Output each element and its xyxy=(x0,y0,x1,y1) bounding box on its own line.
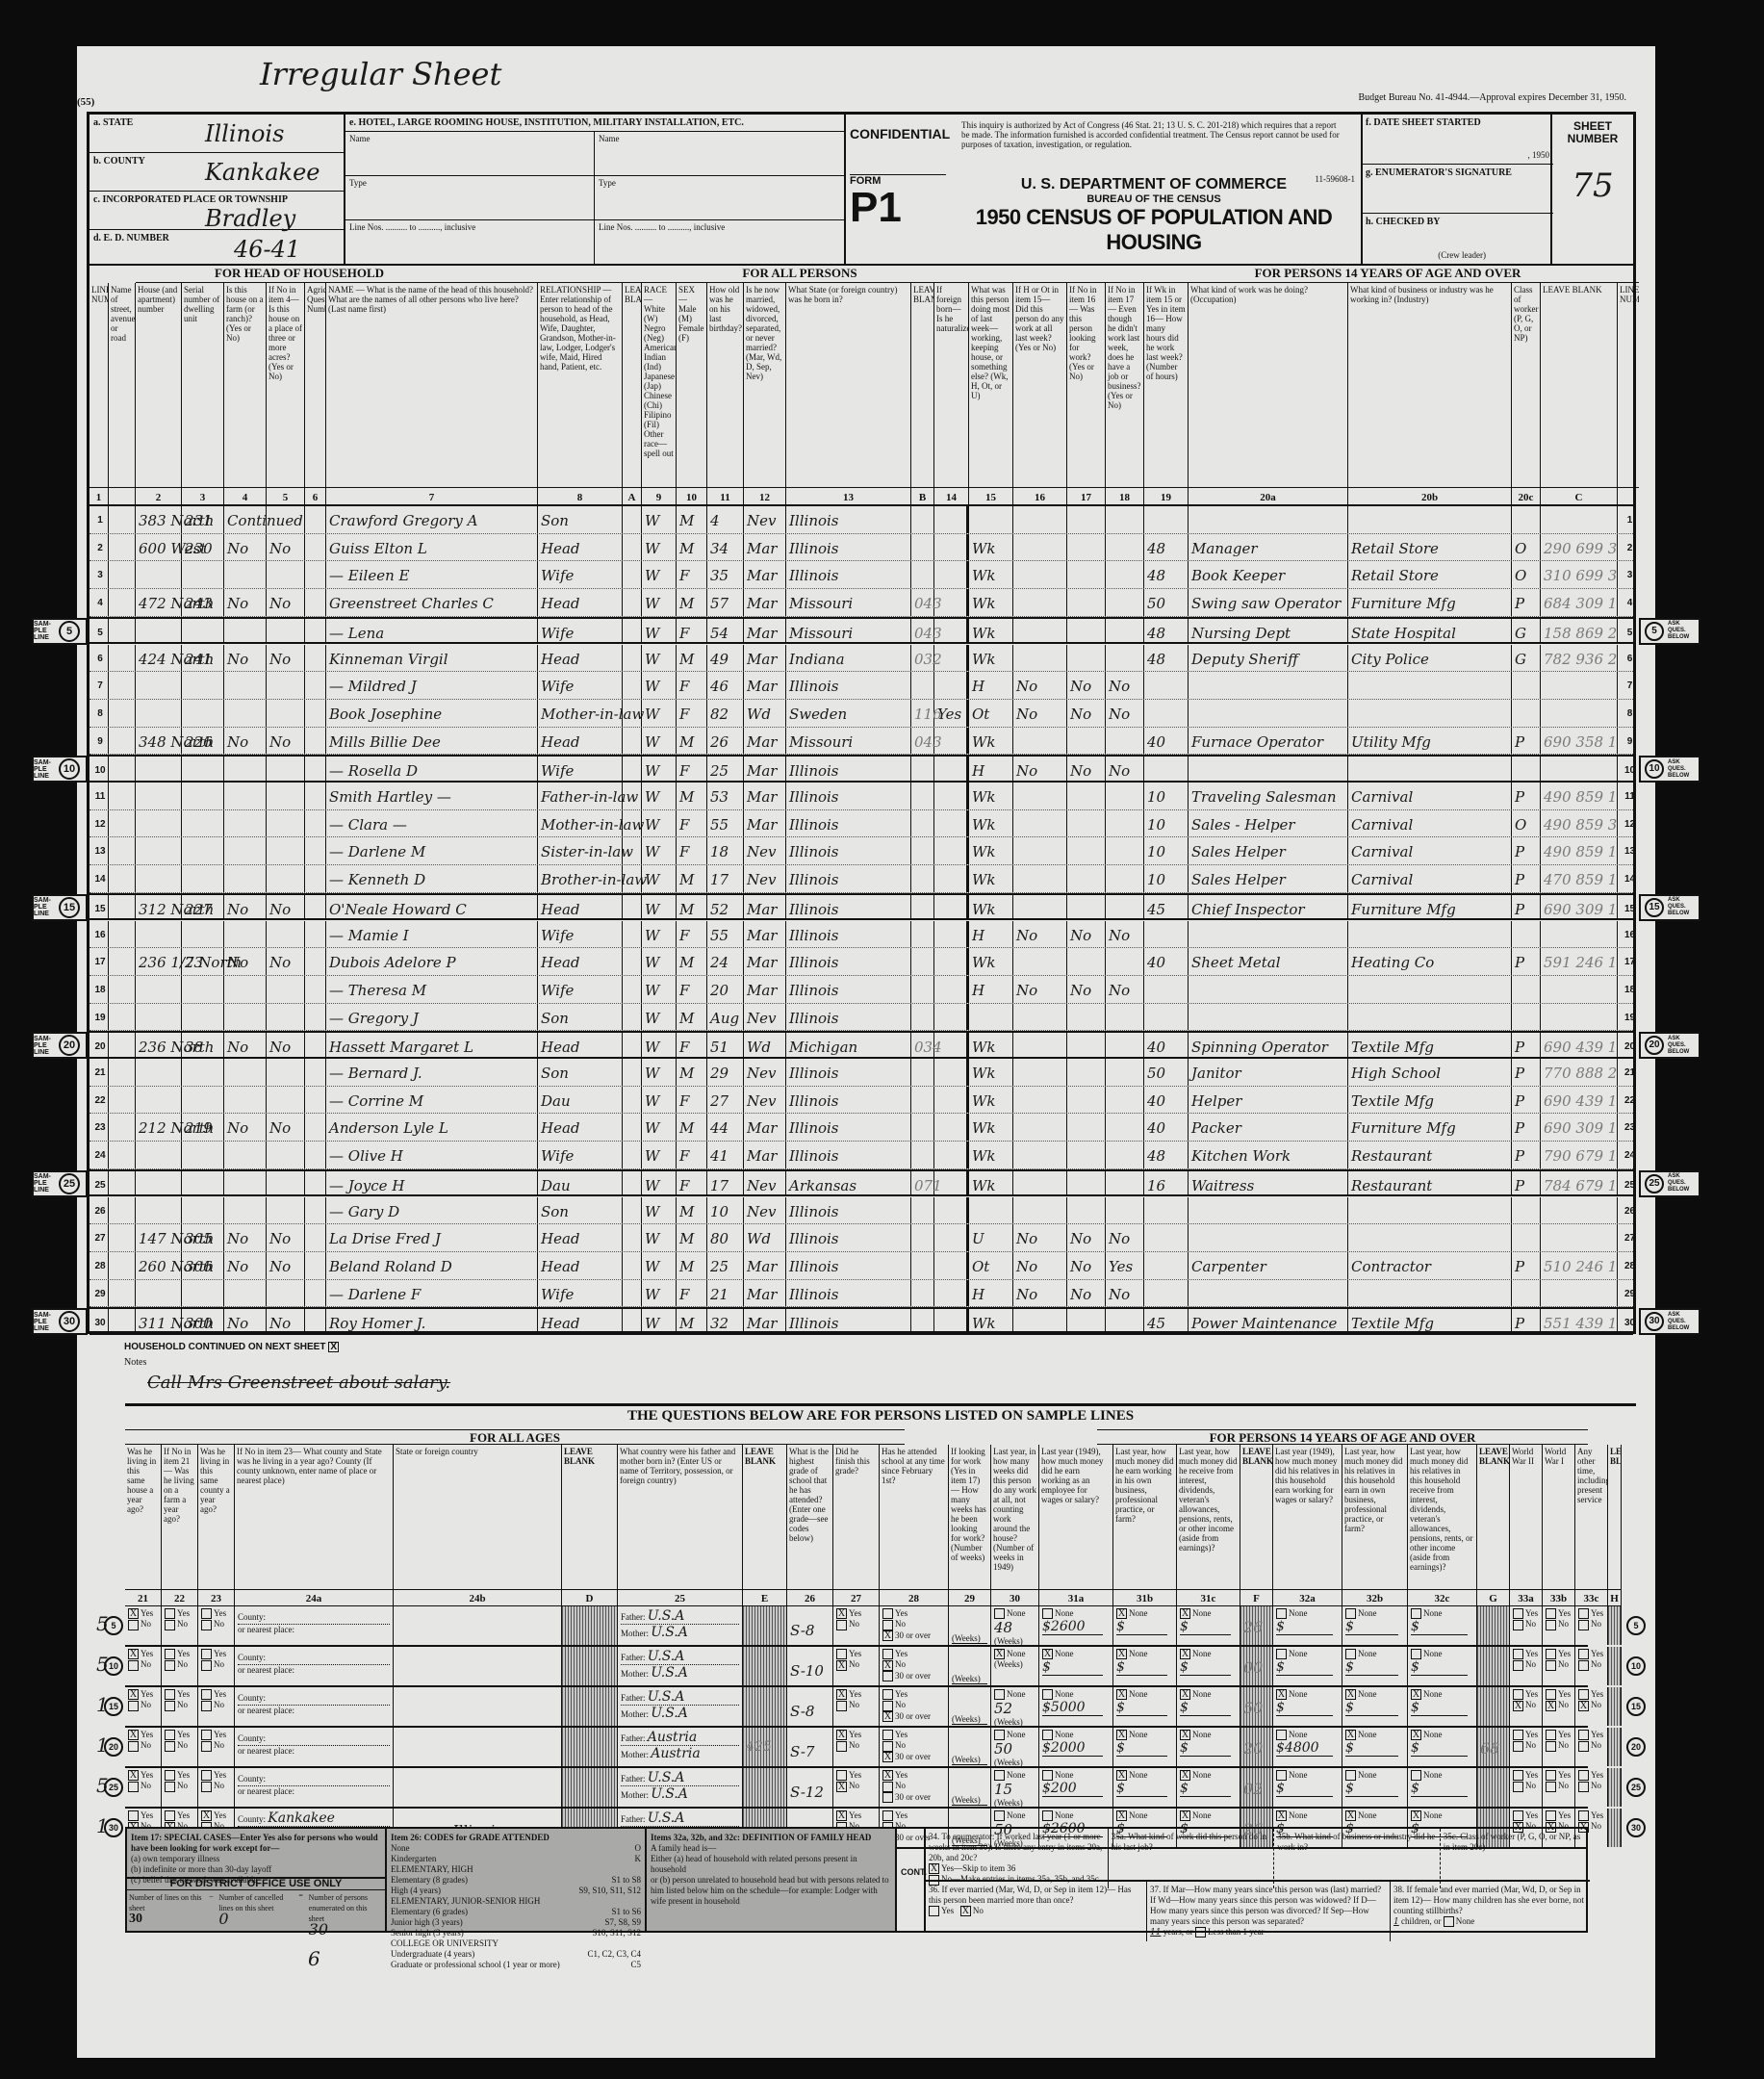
cell-marital: Mar xyxy=(744,783,786,809)
col-leave-b: LEAVE BLANK xyxy=(911,283,934,487)
none-checkbox[interactable] xyxy=(1345,1649,1356,1659)
cell-birthplace: Indiana xyxy=(786,645,911,672)
yes-checkbox[interactable] xyxy=(201,1649,212,1659)
no-checkbox[interactable] xyxy=(165,1660,175,1671)
cell-street xyxy=(109,1224,136,1251)
cell-race: W xyxy=(642,589,677,616)
cell-street xyxy=(109,757,136,781)
cell-line: 15 xyxy=(1618,895,1639,919)
cell-line: 10 xyxy=(89,757,109,781)
cell-blank xyxy=(623,1280,642,1307)
none-checkbox[interactable] xyxy=(1042,1770,1053,1781)
sample-cell: None$ xyxy=(1408,1606,1477,1645)
no-checkbox[interactable] xyxy=(1546,1782,1556,1792)
yes-checkbox[interactable]: X xyxy=(836,1810,847,1821)
cell-hours: 40 xyxy=(1144,728,1189,755)
department-title: U. S. DEPARTMENT OF COMMERCE BUREAU OF T… xyxy=(952,176,1356,255)
no-checkbox[interactable]: X xyxy=(836,1782,847,1792)
attended-30-checkbox[interactable]: X xyxy=(882,1752,893,1762)
yes-checkbox[interactable]: X xyxy=(128,1770,139,1781)
yes-checkbox[interactable] xyxy=(1513,1689,1523,1700)
no-checkbox[interactable] xyxy=(128,1620,139,1630)
no-checkbox[interactable] xyxy=(128,1701,139,1711)
cell-marital: Wd xyxy=(744,1033,786,1057)
cell-blank xyxy=(305,1004,326,1031)
none-checkbox[interactable] xyxy=(1276,1730,1287,1740)
yes-checkbox[interactable] xyxy=(1513,1770,1523,1781)
cell-b xyxy=(911,1004,934,1031)
yes-checkbox[interactable]: X xyxy=(128,1730,139,1740)
col-street: Name of street, avenue, or road xyxy=(109,283,136,487)
yes-checkbox[interactable] xyxy=(1546,1608,1556,1619)
yes-checkbox[interactable] xyxy=(165,1608,175,1619)
weeks-none-checkbox[interactable] xyxy=(994,1608,1005,1619)
none-checkbox[interactable]: X xyxy=(1411,1810,1421,1821)
none-checkbox[interactable] xyxy=(1345,1608,1356,1619)
cell-house: 348 North xyxy=(136,728,182,755)
none-checkbox[interactable] xyxy=(1411,1608,1421,1619)
yes-checkbox[interactable] xyxy=(165,1689,175,1700)
cell-name: — Rosella D xyxy=(326,757,538,781)
none-checkbox[interactable] xyxy=(1042,1608,1053,1619)
cell-line: 6 xyxy=(1618,645,1639,672)
cell-street xyxy=(109,865,136,892)
none-checkbox[interactable]: X xyxy=(1180,1770,1190,1781)
col-serial: Serial number of dwelling unit xyxy=(182,283,224,487)
table-row: 6424 North241NoNoKinneman VirgilHeadWM49… xyxy=(89,645,1633,673)
no-checkbox[interactable] xyxy=(165,1782,175,1792)
cell-activity: Wk xyxy=(969,837,1013,864)
none-checkbox[interactable]: X xyxy=(1345,1810,1356,1821)
none-checkbox[interactable]: X xyxy=(1180,1730,1190,1740)
none-checkbox[interactable]: X xyxy=(1116,1608,1127,1619)
sample-cell: YesNo xyxy=(1543,1768,1575,1807)
attended-yes-checkbox[interactable] xyxy=(882,1649,893,1659)
cell-occupation: Swing saw Operator xyxy=(1189,589,1348,616)
weeks-none-checkbox[interactable]: X xyxy=(994,1649,1005,1659)
sheet-header: a. STATE Illinois b. COUNTY Kankakee c. … xyxy=(87,112,1636,266)
cell-q16 xyxy=(1013,589,1067,616)
none-checkbox[interactable]: X xyxy=(1042,1649,1053,1659)
no-checkbox[interactable] xyxy=(201,1620,212,1630)
yes-checkbox[interactable]: X xyxy=(128,1649,139,1659)
yes-checkbox[interactable] xyxy=(1546,1649,1556,1659)
table-row: 3— Eileen EWifeWF35MarIllinoisWk48Book K… xyxy=(89,561,1633,589)
cell-acres xyxy=(267,976,305,1003)
cell-q17 xyxy=(1067,865,1106,892)
cell-age: 29 xyxy=(707,1059,744,1086)
no-checkbox[interactable] xyxy=(1578,1741,1589,1752)
district-office-box: FOR DISTRICT OFFICE USE ONLY Number of l… xyxy=(127,1877,385,1935)
cell-blank xyxy=(305,589,326,616)
cell-sex: M xyxy=(677,948,707,975)
grade-code-item: ELEMENTARY, JUNIOR-SENIOR HIGH xyxy=(391,1896,641,1907)
cell-name: Mills Billie Dee xyxy=(326,728,538,755)
cell-line: 23 xyxy=(89,1114,109,1141)
attended-no-checkbox[interactable] xyxy=(882,1741,893,1752)
yes-checkbox[interactable]: X xyxy=(201,1810,212,1821)
cell-farm xyxy=(224,619,267,643)
cell-house: 212 North xyxy=(136,1114,182,1141)
cell-q18 xyxy=(1106,1309,1144,1333)
sample-cell: 20 xyxy=(1240,1728,1273,1766)
cell-nat xyxy=(934,1004,969,1031)
yes-checkbox[interactable]: X xyxy=(128,1608,139,1619)
yes-checkbox[interactable] xyxy=(1546,1810,1556,1821)
cell-race: W xyxy=(642,672,677,699)
cell-blank xyxy=(623,783,642,809)
cell-q16 xyxy=(1013,948,1067,975)
cell-race: W xyxy=(642,645,677,672)
cell-line: 25 xyxy=(1618,1171,1639,1195)
colnum: A xyxy=(623,487,642,506)
none-checkbox[interactable]: X xyxy=(1116,1810,1127,1821)
attended-30-checkbox[interactable]: X xyxy=(882,1630,893,1641)
cell-q16 xyxy=(1013,1309,1067,1333)
cell-q18 xyxy=(1106,619,1144,643)
cell-name: — Clara — xyxy=(326,810,538,837)
sample-cell: County: or nearest place: xyxy=(235,1768,394,1807)
cell-acres xyxy=(267,506,305,533)
none-checkbox[interactable]: X xyxy=(1116,1730,1127,1740)
yes-checkbox[interactable] xyxy=(1546,1770,1556,1781)
no-checkbox[interactable]: X xyxy=(1513,1701,1523,1711)
confidential-label: CONFIDENTIAL xyxy=(850,126,950,141)
yes-checkbox[interactable] xyxy=(201,1730,212,1740)
q36-yes-checkbox[interactable] xyxy=(929,1906,939,1916)
yes-checkbox[interactable] xyxy=(165,1649,175,1659)
cell-b xyxy=(911,561,934,588)
none-checkbox[interactable]: X xyxy=(1180,1810,1190,1821)
cell-activity: H xyxy=(969,1280,1013,1307)
cell-nat xyxy=(934,589,969,616)
cell-house xyxy=(136,865,182,892)
cell-nat xyxy=(934,1280,969,1307)
attended-yes-checkbox[interactable] xyxy=(882,1810,893,1821)
cell-rel: Head xyxy=(538,948,623,975)
yes-checkbox[interactable] xyxy=(1578,1649,1589,1659)
form-title-block: CONFIDENTIAL This inquiry is authorized … xyxy=(846,115,1361,264)
none-checkbox[interactable] xyxy=(1345,1770,1356,1781)
none-checkbox[interactable]: X xyxy=(1345,1730,1356,1740)
attended-30-checkbox[interactable] xyxy=(882,1792,893,1803)
yes-checkbox[interactable] xyxy=(1513,1810,1523,1821)
no-checkbox[interactable] xyxy=(128,1741,139,1752)
q37-less-checkbox[interactable] xyxy=(1195,1927,1206,1938)
col-class: Class of worker (P, G, O, or NP) xyxy=(1512,283,1541,487)
no-checkbox[interactable] xyxy=(201,1782,212,1792)
cell-line: 5 xyxy=(1618,619,1639,643)
attended-30-checkbox[interactable]: X xyxy=(882,1711,893,1722)
lower-col-number: 24a xyxy=(235,1589,394,1606)
sample-cell: XNone$ xyxy=(1342,1687,1408,1726)
colnum: 12 xyxy=(744,487,786,506)
none-checkbox[interactable] xyxy=(1042,1689,1053,1700)
cell-hours: 40 xyxy=(1144,1087,1189,1114)
none-checkbox[interactable] xyxy=(1276,1649,1287,1659)
cell-nat xyxy=(934,1142,969,1168)
colnum: 10 xyxy=(677,487,707,506)
cell-serial: 306 xyxy=(182,1252,224,1279)
no-checkbox[interactable] xyxy=(836,1620,847,1630)
place-value: Bradley xyxy=(205,205,295,232)
cell-birthplace: Illinois xyxy=(786,757,911,781)
no-checkbox[interactable] xyxy=(201,1741,212,1752)
cell-line: 20 xyxy=(1618,1033,1639,1057)
weeks-none-checkbox[interactable] xyxy=(994,1810,1005,1821)
cell-line: 12 xyxy=(89,810,109,837)
no-checkbox[interactable] xyxy=(1546,1660,1556,1671)
lower-col-header: Last year, how much money did he earn wo… xyxy=(1113,1445,1177,1589)
none-checkbox[interactable]: X xyxy=(1276,1810,1287,1821)
no-checkbox[interactable] xyxy=(1546,1741,1556,1752)
no-checkbox[interactable] xyxy=(165,1701,175,1711)
yes-checkbox[interactable] xyxy=(128,1810,139,1821)
yes-checkbox[interactable] xyxy=(165,1810,175,1821)
cell-farm: No xyxy=(224,728,267,755)
yes-checkbox[interactable] xyxy=(1578,1730,1589,1740)
cell-farm: No xyxy=(224,1309,267,1333)
no-checkbox[interactable] xyxy=(836,1741,847,1752)
no-checkbox[interactable] xyxy=(165,1620,175,1630)
none-checkbox[interactable] xyxy=(1042,1810,1053,1821)
no-checkbox[interactable] xyxy=(201,1701,212,1711)
none-checkbox[interactable]: X xyxy=(1180,1649,1190,1659)
lower-col-header: World War II xyxy=(1510,1445,1543,1589)
yes-checkbox[interactable] xyxy=(1578,1810,1589,1821)
cell-activity: Wk xyxy=(969,895,1013,919)
attended-30-checkbox[interactable] xyxy=(882,1671,893,1681)
cell-birthplace: Illinois xyxy=(786,1059,911,1086)
cell-house xyxy=(136,700,182,727)
q36-no-checkbox[interactable]: X xyxy=(960,1906,971,1916)
yes-checkbox[interactable] xyxy=(836,1770,847,1781)
cell-occupation: Chief Inspector xyxy=(1189,895,1348,919)
weeks-none-checkbox[interactable] xyxy=(994,1730,1005,1740)
cell-codes: 690 358 1 xyxy=(1541,728,1618,755)
cell-class xyxy=(1512,1197,1541,1224)
cell-q16: No xyxy=(1013,1224,1067,1251)
cell-line: 9 xyxy=(89,728,109,755)
cell-line: 21 xyxy=(1618,1059,1639,1086)
yes-checkbox[interactable] xyxy=(1546,1730,1556,1740)
yes-checkbox[interactable]: X xyxy=(836,1689,847,1700)
none-checkbox[interactable]: X xyxy=(1276,1689,1287,1700)
lower-col-header: LEAVE BLANK xyxy=(1608,1445,1622,1589)
none-checkbox[interactable] xyxy=(1411,1649,1421,1659)
yes-checkbox[interactable] xyxy=(201,1689,212,1700)
cell-birthplace: Illinois xyxy=(786,1197,911,1224)
cell-street xyxy=(109,1309,136,1333)
none-checkbox[interactable]: X xyxy=(1116,1649,1127,1659)
cell-class xyxy=(1512,976,1541,1003)
yes-checkbox[interactable] xyxy=(165,1730,175,1740)
yes-checkbox[interactable] xyxy=(201,1770,212,1781)
no-checkbox[interactable] xyxy=(1578,1620,1589,1630)
cell-blank xyxy=(623,1197,642,1224)
no-checkbox[interactable] xyxy=(1513,1620,1523,1630)
cell-b xyxy=(911,506,934,533)
yes-checkbox[interactable] xyxy=(1513,1730,1523,1740)
no-checkbox[interactable] xyxy=(1513,1660,1523,1671)
no-checkbox[interactable]: X xyxy=(1546,1701,1556,1711)
attended-no-checkbox[interactable]: X xyxy=(882,1660,893,1671)
cell-marital: Mar xyxy=(744,534,786,561)
cell-hours: 10 xyxy=(1144,865,1189,892)
household-continued-checkbox[interactable]: X xyxy=(328,1342,339,1352)
cell-occupation: Sales Helper xyxy=(1189,837,1348,864)
cell-acres xyxy=(267,757,305,781)
cell-q18 xyxy=(1106,728,1144,755)
sample-cell: XYesNo xyxy=(125,1687,162,1726)
no-checkbox[interactable] xyxy=(1513,1741,1523,1752)
none-checkbox[interactable]: X xyxy=(1345,1689,1356,1700)
none-checkbox[interactable]: X xyxy=(1116,1689,1127,1700)
table-row: 22— Corrine MDauWF27NevIllinoisWk40Helpe… xyxy=(89,1087,1633,1115)
cell-q17: No xyxy=(1067,1224,1106,1251)
lower-col-header: Last year (1949), how much money did his… xyxy=(1273,1445,1342,1589)
weeks-none-checkbox[interactable] xyxy=(994,1689,1005,1700)
no-checkbox[interactable] xyxy=(1513,1782,1523,1792)
no-checkbox[interactable] xyxy=(836,1701,847,1711)
lower-col-number: F xyxy=(1240,1589,1273,1606)
cell-hours xyxy=(1144,1004,1189,1031)
cell-serial: 219 xyxy=(182,1114,224,1141)
cell-birthplace: Illinois xyxy=(786,1004,911,1031)
yes-checkbox[interactable]: X xyxy=(836,1730,847,1740)
no-checkbox[interactable] xyxy=(1578,1660,1589,1671)
sample-cell: 02 xyxy=(1240,1768,1273,1807)
q38-none-checkbox[interactable] xyxy=(1444,1916,1454,1927)
grade-code-item: Junior high (3 years)S7, S8, S9 xyxy=(391,1917,641,1928)
colnum: 8 xyxy=(538,487,623,506)
no-checkbox[interactable] xyxy=(1546,1620,1556,1630)
yes-checkbox[interactable] xyxy=(1578,1770,1589,1781)
cell-age: 82 xyxy=(707,700,744,727)
yes-checkbox[interactable]: X xyxy=(128,1689,139,1700)
no-checkbox[interactable] xyxy=(128,1782,139,1792)
sample-cell: 00 xyxy=(1240,1647,1273,1685)
cell-serial xyxy=(182,837,224,864)
yes-checkbox[interactable]: X xyxy=(836,1608,847,1619)
yes-checkbox[interactable] xyxy=(1578,1608,1589,1619)
cell-rel: Head xyxy=(538,1033,623,1057)
place-field: c. INCORPORATED PLACE OR TOWNSHIP Bradle… xyxy=(89,192,344,230)
attended-yes-checkbox[interactable]: X xyxy=(882,1770,893,1781)
no-checkbox[interactable]: X xyxy=(836,1660,847,1671)
sample-cell xyxy=(562,1687,618,1726)
cell-b xyxy=(911,1142,934,1168)
yes-checkbox[interactable] xyxy=(1513,1608,1523,1619)
cell-industry: Textile Mfg xyxy=(1348,1033,1512,1057)
yes-checkbox[interactable] xyxy=(165,1770,175,1781)
weeks-none-checkbox[interactable] xyxy=(994,1770,1005,1781)
none-checkbox[interactable]: X xyxy=(1411,1730,1421,1740)
cell-q18 xyxy=(1106,865,1144,892)
cell-sex: F xyxy=(677,672,707,699)
cell-birthplace: Illinois xyxy=(786,921,911,948)
cell-marital: Mar xyxy=(744,948,786,975)
attended-yes-checkbox[interactable] xyxy=(882,1730,893,1740)
attended-no-checkbox[interactable] xyxy=(882,1620,893,1630)
cell-race: W xyxy=(642,1309,677,1333)
cell-occupation xyxy=(1189,506,1348,533)
no-checkbox[interactable] xyxy=(1578,1782,1589,1792)
sample-cell xyxy=(562,1768,618,1807)
none-checkbox[interactable] xyxy=(1042,1730,1053,1740)
cell-birthplace: Illinois xyxy=(786,561,911,588)
cell-house: 260 North xyxy=(136,1252,182,1279)
family-head-box: Items 32a, 32b, and 32c: DEFINITION OF F… xyxy=(647,1829,897,1931)
no-checkbox[interactable]: X xyxy=(1578,1701,1589,1711)
attended-no-checkbox[interactable] xyxy=(882,1701,893,1711)
sample-cell: YesNoX30 or over xyxy=(880,1606,949,1645)
no-checkbox[interactable] xyxy=(201,1660,212,1671)
cell-q16 xyxy=(1013,534,1067,561)
col-farm: Is this house on a farm (or ranch)? (Yes… xyxy=(224,283,267,487)
none-checkbox[interactable]: X xyxy=(1180,1689,1190,1700)
cell-nat xyxy=(934,783,969,809)
q34-yes-checkbox[interactable]: X xyxy=(929,1863,939,1874)
sample-cell: None$ xyxy=(1273,1647,1342,1685)
none-checkbox[interactable]: X xyxy=(1411,1689,1421,1700)
cell-age: 55 xyxy=(707,921,744,948)
cell-q17 xyxy=(1067,1142,1106,1168)
yes-checkbox[interactable] xyxy=(201,1608,212,1619)
cell-codes: 490 859 3 xyxy=(1541,810,1618,837)
none-checkbox[interactable]: X xyxy=(1116,1770,1127,1781)
lower-col-header: LEAVE BLANK xyxy=(1477,1445,1510,1589)
none-checkbox[interactable]: X xyxy=(1180,1608,1190,1619)
cell-blank xyxy=(305,865,326,892)
lower-col-number: H xyxy=(1608,1589,1622,1606)
cell-house xyxy=(136,1197,182,1224)
lower-col-header: Last year, how much money did he receive… xyxy=(1177,1445,1240,1589)
attended-no-checkbox[interactable] xyxy=(882,1782,893,1792)
none-checkbox[interactable] xyxy=(1411,1770,1421,1781)
cell-nat xyxy=(934,757,969,781)
inst-lines-1: Line Nos. .......... to .........., incl… xyxy=(345,220,595,264)
none-checkbox[interactable] xyxy=(1276,1770,1287,1781)
cell-serial xyxy=(182,672,224,699)
cell-sex: M xyxy=(677,865,707,892)
yes-checkbox[interactable] xyxy=(1513,1649,1523,1659)
attended-yes-checkbox[interactable] xyxy=(882,1689,893,1700)
cell-occupation xyxy=(1189,1224,1348,1251)
cell-activity: Wk xyxy=(969,1114,1013,1141)
cell-farm xyxy=(224,1197,267,1224)
cell-farm: No xyxy=(224,1252,267,1279)
cell-age: 27 xyxy=(707,1087,744,1114)
yes-checkbox[interactable] xyxy=(836,1649,847,1659)
cell-codes: 782 936 2 xyxy=(1541,645,1618,672)
none-checkbox[interactable] xyxy=(1276,1608,1287,1619)
sample-cell: None$ xyxy=(1342,1768,1408,1807)
cell-nat xyxy=(934,728,969,755)
census-sheet: Irregular Sheet (55) Budget Bureau No. 4… xyxy=(77,46,1655,2058)
no-checkbox[interactable] xyxy=(128,1660,139,1671)
yes-checkbox[interactable] xyxy=(1578,1689,1589,1700)
cell-line: 13 xyxy=(1618,837,1639,864)
lower-col-header: LEAVE BLANK xyxy=(1240,1445,1273,1589)
no-checkbox[interactable] xyxy=(165,1741,175,1752)
sample-line-tag: SAM-PLE LINE30 xyxy=(32,1308,88,1335)
cell-age: 10 xyxy=(707,1197,744,1224)
cell-birthplace: Missouri xyxy=(786,589,911,616)
attended-yes-checkbox[interactable] xyxy=(882,1608,893,1619)
yes-checkbox[interactable] xyxy=(1546,1689,1556,1700)
table-row: 2600 West230NoNoGuiss Elton LHeadWM34Mar… xyxy=(89,534,1633,562)
